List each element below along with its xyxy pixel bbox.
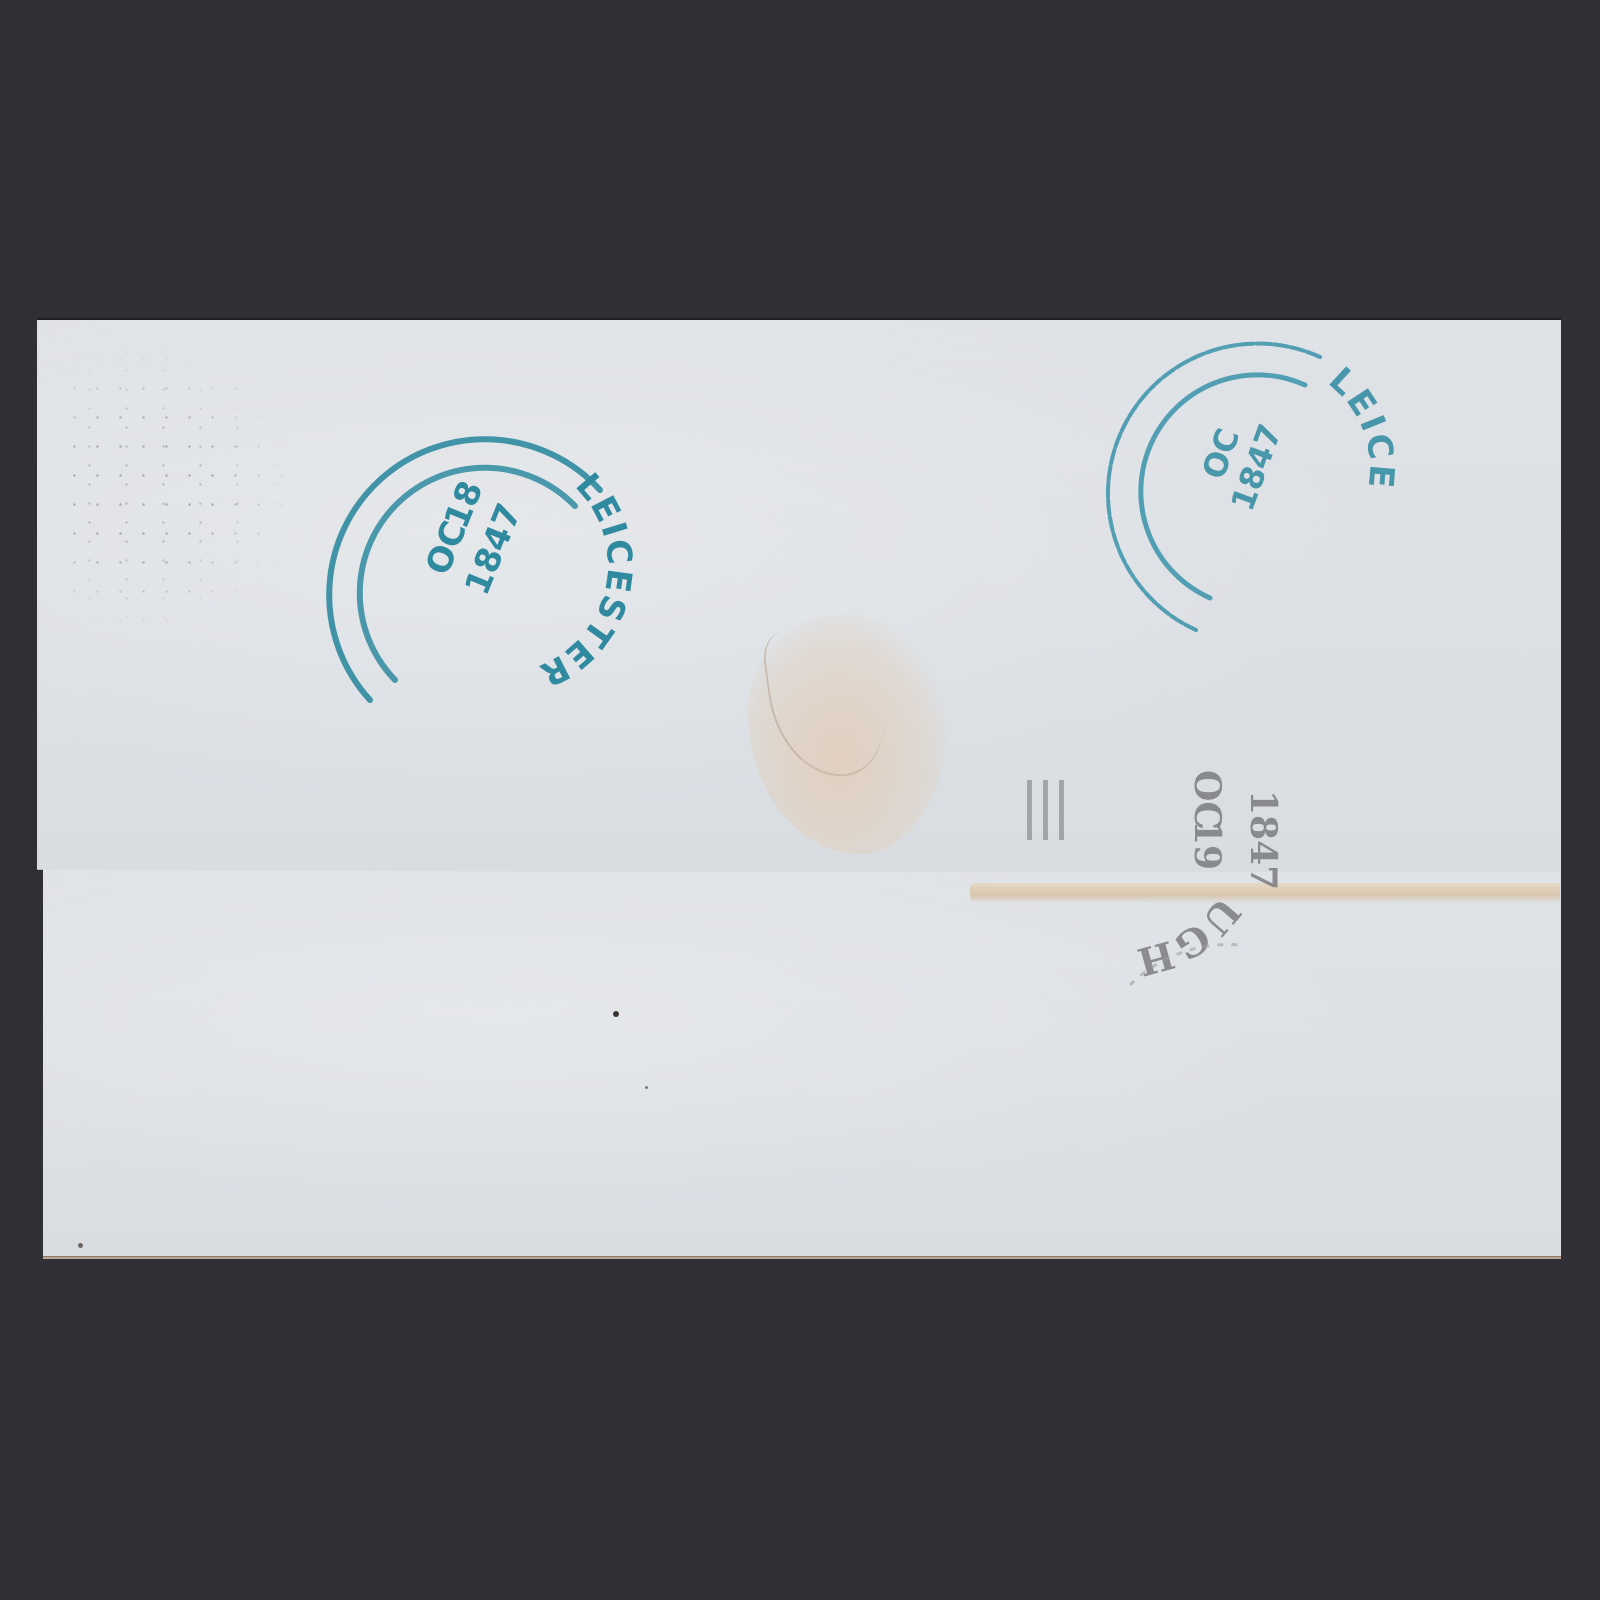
ink-spot	[645, 1086, 648, 1089]
faint-black-cancel-marks	[60, 340, 300, 640]
ink-spot	[613, 1011, 619, 1017]
fold-stain	[970, 883, 1560, 903]
ink-spot	[78, 1243, 83, 1248]
letter-lower-panel	[43, 866, 1561, 1257]
